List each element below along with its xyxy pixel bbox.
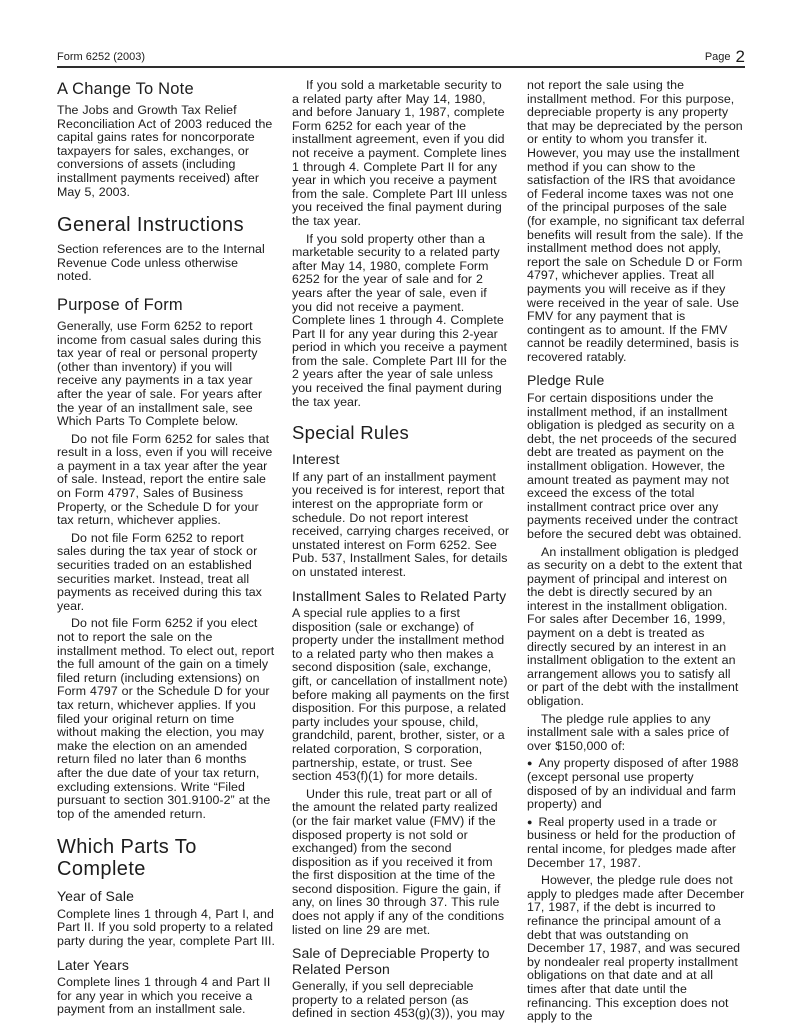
paragraph: The pledge rule applies to any installme… — [527, 713, 745, 754]
bullet-icon: ● — [527, 817, 533, 827]
paragraph: If you sold a marketable security to a r… — [292, 79, 510, 229]
heading-special-rules: Special Rules — [292, 423, 510, 443]
paragraph: Generally, use Form 6252 to report incom… — [57, 320, 275, 429]
heading-later-years: Later Years — [57, 958, 275, 974]
paragraph: However, the pledge rule does not apply … — [527, 874, 745, 1024]
page-word-label: Page — [705, 51, 731, 63]
paragraph: If you sold property other than a market… — [292, 233, 510, 410]
list-item: ●Real property used in a trade or busine… — [527, 816, 745, 870]
heading-installment-sales-to-related-party: Installment Sales to Related Party — [292, 589, 510, 605]
heading-year-of-sale: Year of Sale — [57, 889, 275, 905]
heading-pledge-rule: Pledge Rule — [527, 373, 745, 389]
paragraph: Do not file Form 6252 to report sales du… — [57, 532, 275, 614]
paragraph: If any part of an installment payment yo… — [292, 471, 510, 580]
column-2: If you sold a marketable security to a r… — [292, 77, 510, 1028]
page-number-group: Page 2 — [705, 50, 745, 63]
three-column-body: A Change To Note The Jobs and Growth Tax… — [57, 68, 745, 1028]
paragraph: not report the sale using the installmen… — [527, 79, 745, 364]
page-number: 2 — [736, 50, 745, 63]
paragraph: For certain dispositions under the insta… — [527, 392, 745, 542]
heading-interest: Interest — [292, 452, 510, 468]
paragraph: Under this rule, treat part or all of th… — [292, 788, 510, 938]
list-item: ●Any property disposed of after 1988 (ex… — [527, 757, 745, 811]
paragraph: Generally, if you sell depreciable prope… — [292, 980, 510, 1021]
heading-a-change-to-note: A Change To Note — [57, 80, 275, 98]
paragraph: The Jobs and Growth Tax Relief Reconcili… — [57, 104, 275, 199]
heading-general-instructions: General Instructions — [57, 214, 275, 236]
heading-purpose-of-form: Purpose of Form — [57, 296, 275, 314]
paragraph: Complete lines 1 through 4, Part I, and … — [57, 908, 275, 949]
heading-sale-of-depreciable-property: Sale of Depreciable Property to Related … — [292, 946, 510, 977]
heading-which-parts-to-complete: Which Parts To Complete — [57, 836, 275, 880]
paragraph: Do not file Form 6252 if you elect not t… — [57, 617, 275, 821]
document-page: Form 6252 (2003) Page 2 A Change To Note… — [0, 0, 800, 1035]
page-header: Form 6252 (2003) Page 2 — [57, 50, 745, 68]
list-item-text: Any property disposed of after 1988 (exc… — [527, 756, 739, 811]
paragraph: An installment obligation is pledged as … — [527, 546, 745, 709]
paragraph: Section references are to the Internal R… — [57, 243, 275, 284]
bullet-icon: ● — [527, 758, 533, 768]
paragraph: Do not file Form 6252 for sales that res… — [57, 433, 275, 528]
column-3: not report the sale using the installmen… — [527, 77, 745, 1028]
column-1: A Change To Note The Jobs and Growth Tax… — [57, 77, 275, 1028]
paragraph: A special rule applies to a first dispos… — [292, 607, 510, 784]
paragraph: Complete lines 1 through 4 and Part II f… — [57, 976, 275, 1017]
form-id-label: Form 6252 (2003) — [57, 51, 145, 63]
list-item-text: Real property used in a trade or busines… — [527, 815, 736, 870]
